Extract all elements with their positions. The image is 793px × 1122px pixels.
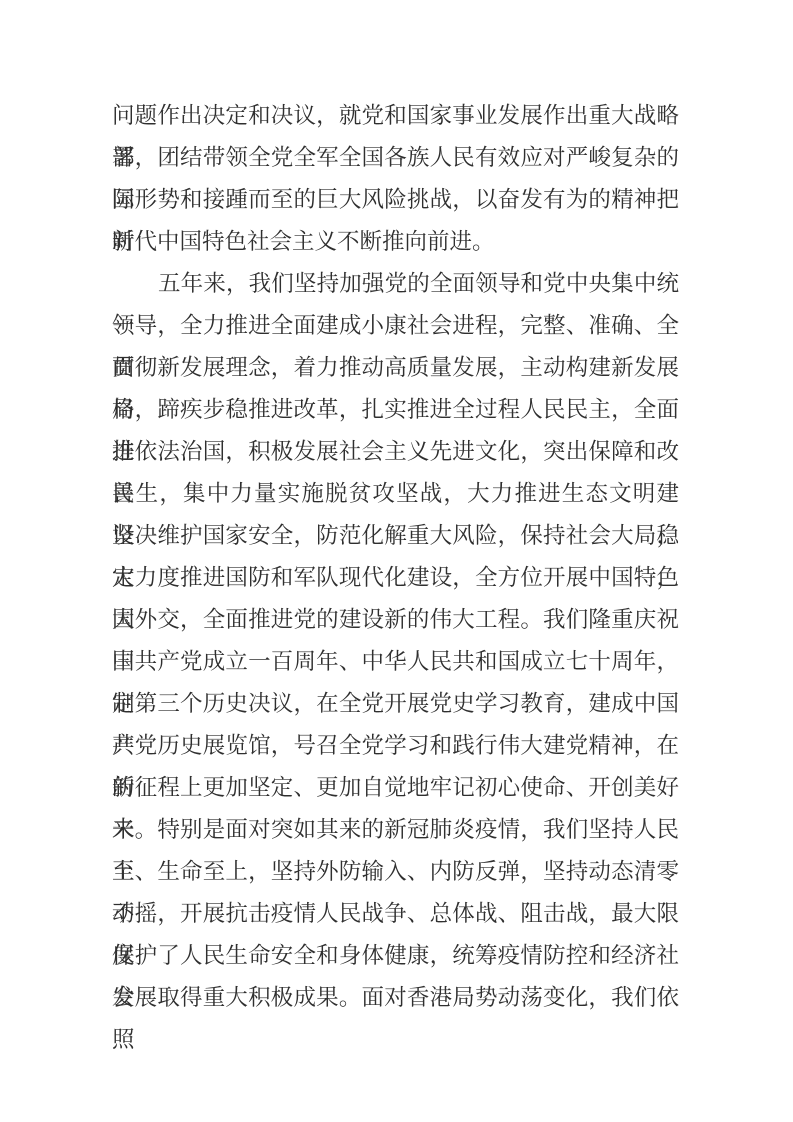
text-line: 动摇，开展抗击疫情人民战争、总体战、阻击战，最大限度	[112, 893, 679, 935]
text-line: 大力度推进国防和军队现代化建设，全方位开展中国特色大	[112, 557, 679, 599]
text-line: 发展取得重大积极成果。面对香港局势动荡变化，我们依照	[112, 977, 679, 1019]
text-line: 上、生命至上，坚持外防输入、内防反弹，坚持动态清零不	[112, 851, 679, 893]
text-line: 的征程上更加坚定、更加自觉地牢记初心使命、开创美好未	[112, 767, 679, 809]
text-line: 署，团结带领全党全军全国各族人民有效应对严峻复杂的国	[112, 137, 679, 179]
text-line: 产党历史展览馆，号召全党学习和践行伟大建党精神，在新	[112, 725, 679, 767]
text-line: 时代中国特色社会主义不断推向前进。	[112, 221, 679, 263]
text-line: 五年来，我们坚持加强党的全面领导和党中央集中统一	[112, 263, 679, 305]
text-line: 来。特别是面对突如其来的新冠肺炎疫情，我们坚持人民至	[112, 809, 679, 851]
text-line: 领导，全力推进全面建成小康社会进程，完整、准确、全面	[112, 305, 679, 347]
text-line: 国外交，全面推进党的建设新的伟大工程。我们隆重庆祝中	[112, 599, 679, 641]
text-line: 问题作出决定和决议，就党和国家事业发展作出重大战略部	[112, 95, 679, 137]
paragraph: 问题作出决定和决议，就党和国家事业发展作出重大战略部署，团结带领全党全军全国各族…	[112, 95, 679, 263]
text-line: 际形势和接踵而至的巨大风险挑战，以奋发有为的精神把新	[112, 179, 679, 221]
paragraph: 五年来，我们坚持加强党的全面领导和党中央集中统一领导，全力推进全面建成小康社会进…	[112, 263, 679, 1019]
text-line: 局，蹄疾步稳推进改革，扎实推进全过程人民民主，全面推	[112, 389, 679, 431]
document-body: 问题作出决定和决议，就党和国家事业发展作出重大战略部署，团结带领全党全军全国各族…	[112, 95, 679, 1019]
text-line: 定第三个历史决议，在全党开展党史学习教育，建成中国共	[112, 683, 679, 725]
text-line: 贯彻新发展理念，着力推动高质量发展，主动构建新发展格	[112, 347, 679, 389]
document-page: 问题作出决定和决议，就党和国家事业发展作出重大战略部署，团结带领全党全军全国各族…	[0, 0, 793, 1122]
text-line: 民生，集中力量实施脱贫攻坚战，大力推进生态文明建设，	[112, 473, 679, 515]
text-line: 进依法治国，积极发展社会主义先进文化，突出保障和改善	[112, 431, 679, 473]
text-line: 国共产党成立一百周年、中华人民共和国成立七十周年，制	[112, 641, 679, 683]
text-line: 保护了人民生命安全和身体健康，统筹疫情防控和经济社会	[112, 935, 679, 977]
text-line: 坚决维护国家安全，防范化解重大风险，保持社会大局稳定，	[112, 515, 679, 557]
